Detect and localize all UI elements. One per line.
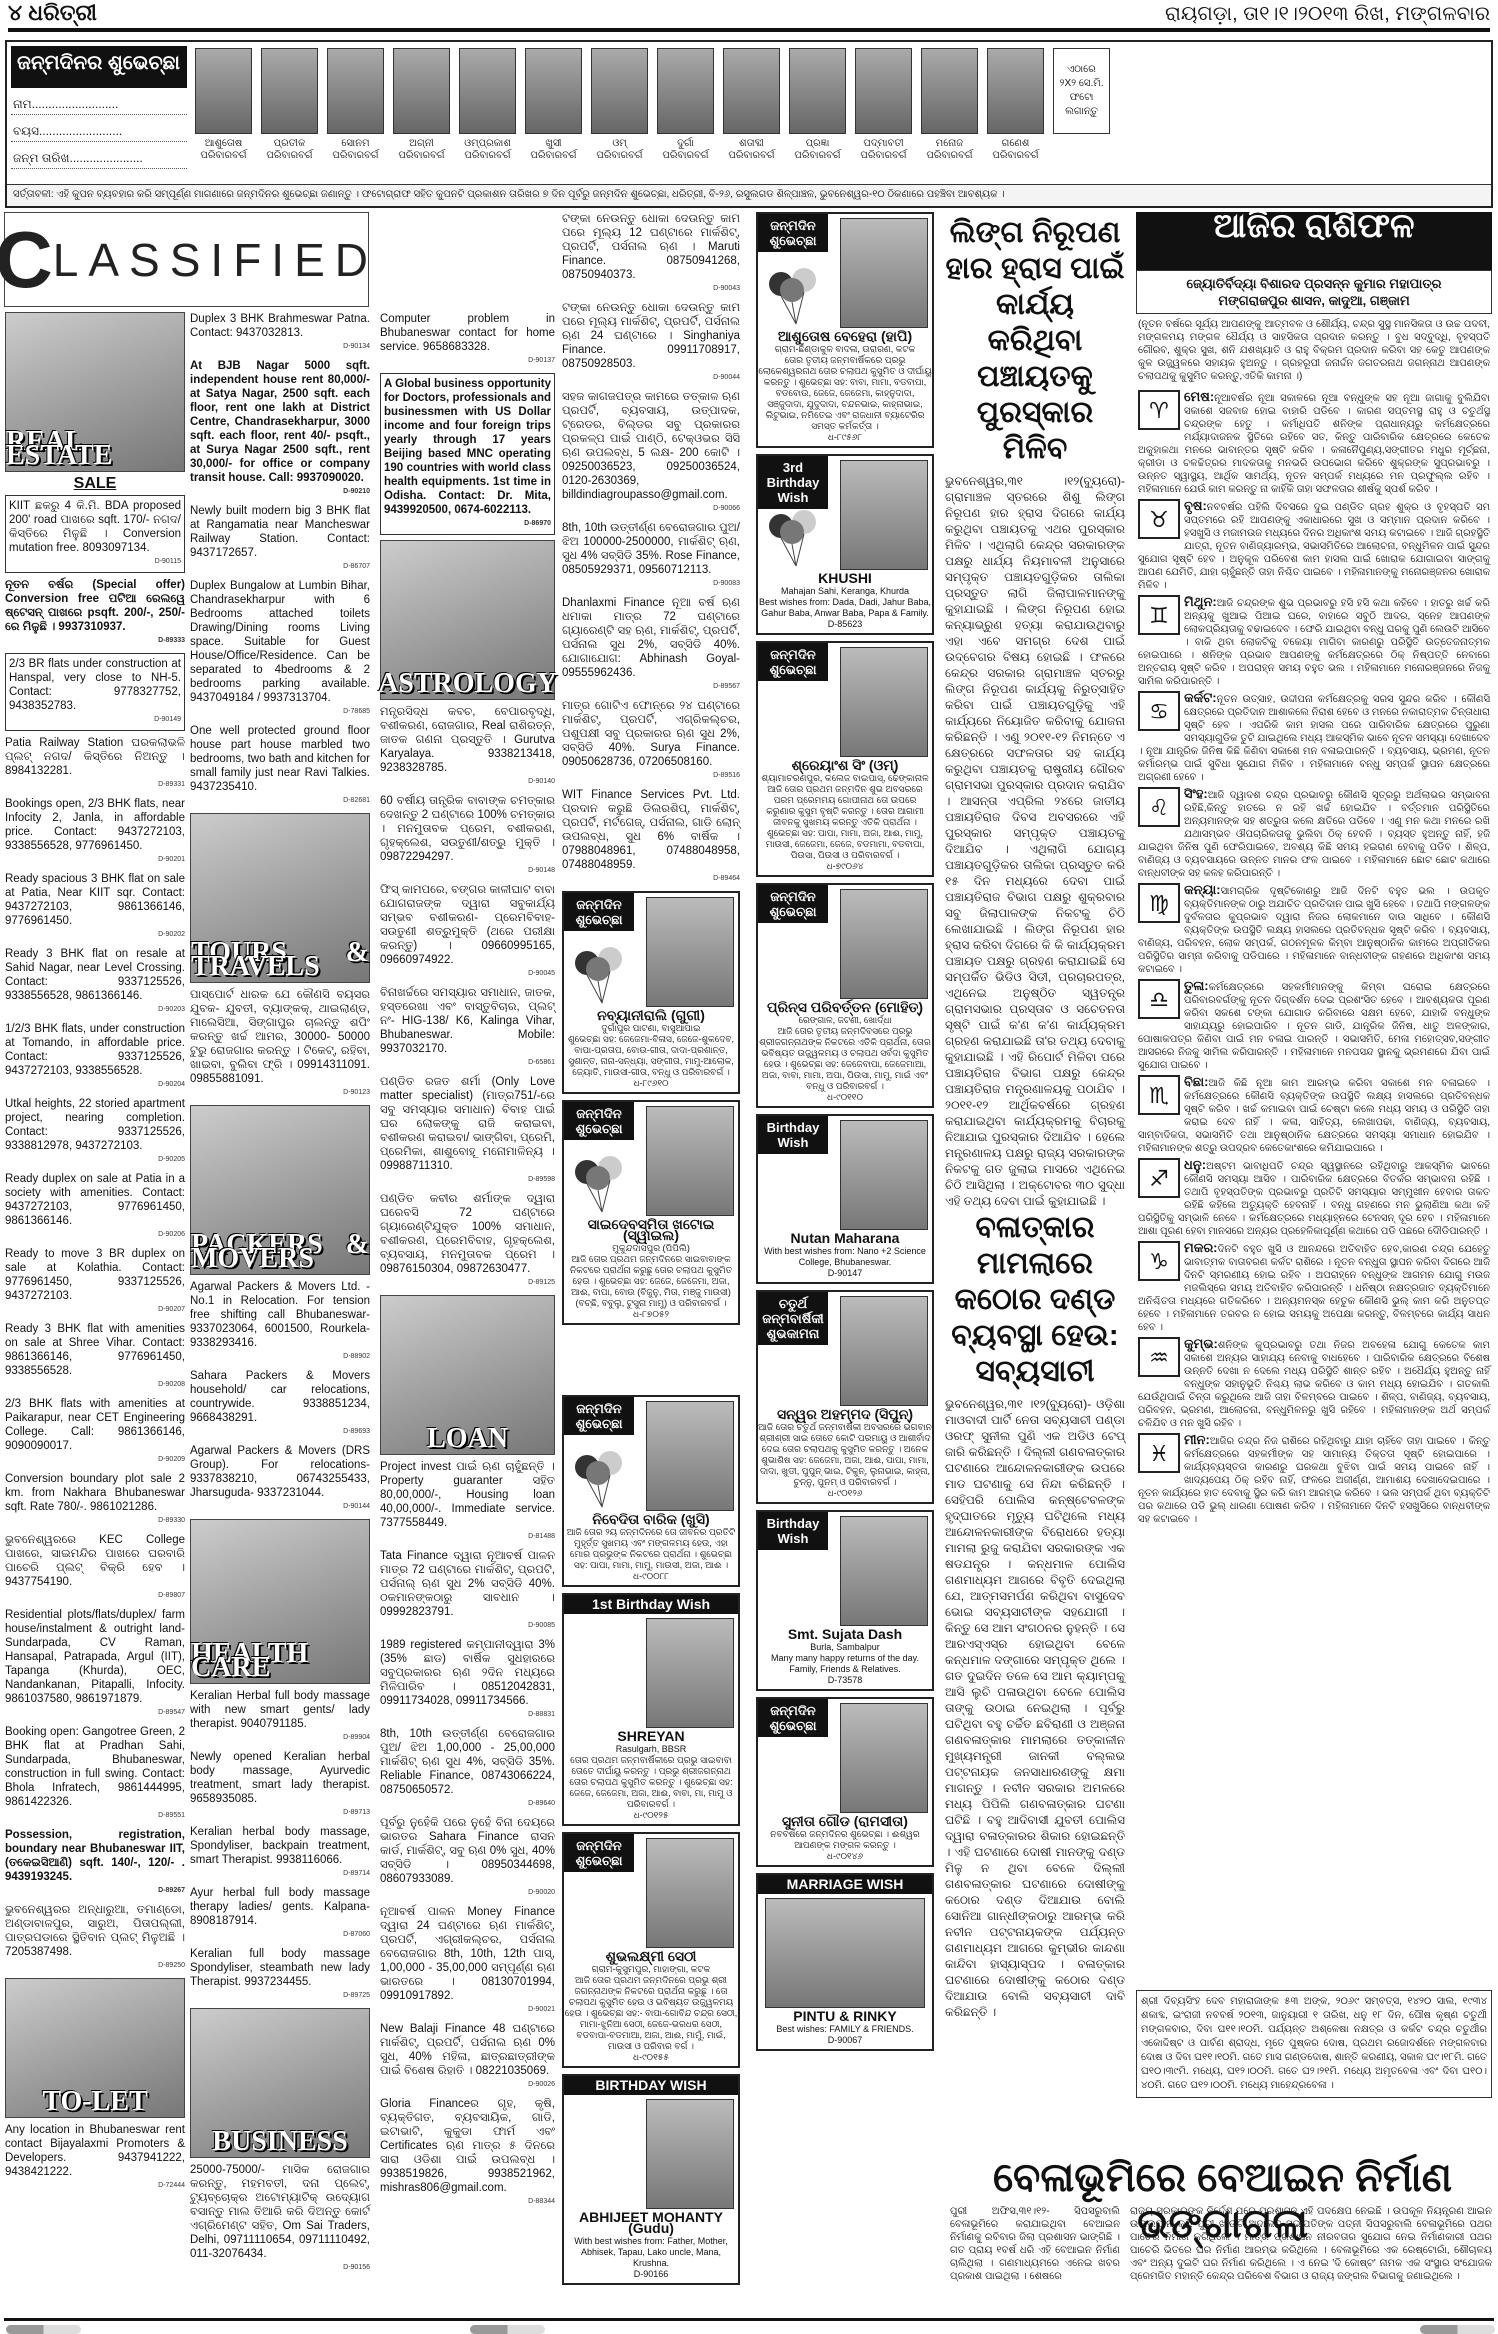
news-story-2: ବଳାତ୍କାର ମାମଲାରେ କଠୋର ଦଣ୍ଡ ବ୍ୟବସ୍ଥା ହେଉ:… (945, 1210, 1125, 2020)
kid-photo-card: ସୋନମପରିବାରବର୍ଗ (327, 48, 384, 162)
sign-mithuna: ♊ମିଥୁନ:ଆଜି ଚନ୍ଦ୍ରଙ୍କ ଶୁଭ ପ୍ରଭାବରୁ ହସି ହସ… (1136, 595, 1492, 688)
wish-photo (840, 1296, 928, 1406)
classified-ad: Project invest ପାଇଁ ଋଣ ଚାହୁଁଛନ୍ତି । Prop… (380, 1460, 555, 1544)
wish-col-b: ଜନ୍ମଦିନ ଶୁଭେଚ୍ଛାଆଶୁତୋଷ ବେହେରା (ହାପି)ଗ୍ରା… (756, 212, 934, 2057)
wish-photo (646, 1401, 734, 1511)
marriage-wish-card: MARRIAGE WISHPINTU & RINKYBest wishes: F… (756, 1873, 934, 2051)
classified-ad: Dhanlaxmi Finance ନୂଆ ବର୍ଷ ଋଣ ଧମାକା ମାତ୍… (562, 596, 740, 694)
cancer-icon: ♋ (1138, 691, 1180, 731)
birthday-wish-card: ଜନ୍ମଦିନ ଶୁଭେଚ୍ଛାଶୁଭଲକ୍ଷ୍ମୀ ସେଠୀଗ୍ରାମ-କୁସ… (562, 1832, 740, 2068)
birthday-wish-card: ଜନ୍ମଦିନ ଶୁଭେଚ୍ଛାସାଇଦେବସ୍ମିତା ଖଟୋଇ (ସ୍ୱାଇ… (562, 1100, 740, 1325)
wish-photo (840, 1703, 928, 1813)
kid-photo (327, 48, 384, 134)
classified-ad: ପଣ୍ଡିତ ରଜତ ଶର୍ମା (Only Love matter speci… (380, 1075, 555, 1187)
classified-ad: ବିନାଖର୍ଚ୍ଚରେ ସମସ୍ୟାର ସମାଧାନ, ଜାତକ, ହସ୍ତର… (380, 986, 555, 1070)
classified-ad: Utkal heights, 22 storied apartment proj… (5, 1097, 185, 1167)
scorpio-icon: ♏ (1138, 1075, 1180, 1115)
birthday-wish-card: ଜନ୍ମଦିନ ଶୁଭେଚ୍ଛାନିବେଦିତା ବାରିକ (ଖୁସି)ଆଜି… (562, 1395, 740, 1587)
sign-meena: ♓ମୀନ:ଆଜିର ଚନ୍ଦ୍ର ନିଜ ରାଶିରେ ରହିଥିବାରୁ ଯା… (1136, 1433, 1492, 1526)
kid-photo (195, 48, 252, 134)
classified-ad: ଫିସ୍ କାମପରେ, ବଙ୍ଗର କାଳୀଘାଟ ବାବା ଯୋଗରାଜଙ୍… (380, 883, 555, 981)
class-col-3: Computer problem in Bhubaneswar contact … (380, 312, 555, 2214)
sagittarius-icon: ♐ (1138, 1158, 1180, 1198)
business-banner: BUSINESS (190, 2008, 370, 2158)
sale-heading: SALE (5, 477, 185, 491)
sign-simha: ♌ସିଂହ:ଆଜି ଦ୍ୱାଦଶ ଚନ୍ଦ୍ର ପ୍ରଭାବରୁ କୌଣସି ସ… (1136, 787, 1492, 880)
classified-ad: 60 ବର୍ଷୀୟ ତାନ୍ତ୍ରିକ ବାବାଙ୍କ ଚମତ୍କାର ଦେଖନ… (380, 794, 555, 878)
page-tab-right (1420, 2325, 1495, 2334)
classified-ad: 8th, 10th ଉତ୍ତୀର୍ଣ୍ଣ ବେରୋଜଗାର ପୁଅ/ ଝିଅ 1… (380, 1727, 555, 1811)
coupon-conditions: ସର୍ତ୍ତାବଳୀ: ଏହି କୁପନ ବ୍ୟବହାର କରି ସମ୍ପୂର୍… (7, 184, 1491, 206)
classified-ad: ଭୁବନେଶ୍ୱରର ଅନ୍ଧାରୁଆ, ତମାଣ୍ଡୋ, ଅଣ୍ଡାବାଳପୁ… (5, 1903, 185, 1973)
classified-ad: ପାସ୍‌ପୋର୍ଟ ଧାରକ ଯେ କୌଣସି ବୟସର ଯୁବକ- ଯୁବତ… (190, 988, 370, 1100)
classified-ad: ପୂର୍ବରୁ ନୁହେଁକି ପରେ ନୁହେଁ ବିନା ଦେୟରେ ଭାର… (380, 1816, 555, 1900)
classified-ad: 1989 registered କମ୍ପାନୀଦ୍ୱାରା 3% (35% ଛା… (380, 1638, 555, 1722)
wish-photo (840, 218, 928, 328)
virgo-icon: ♍ (1138, 883, 1180, 923)
classified-ad: WIT Finance Services Pvt. Ltd. ପ୍ରଦାନ କର… (562, 788, 740, 886)
aquarius-icon: ♒ (1138, 1337, 1180, 1377)
classified-ad: Keralian full body massage Spondyliser, … (190, 1947, 370, 2003)
birthday-wish-card: 1st Birthday WishSHREYANRasulgarh, BBSRତ… (562, 1593, 740, 1826)
birthday-wish-card: 3rd Birthday WishKHUSHIMahajan Sahi, Ker… (756, 454, 934, 635)
birthday-wish-card: BIRTHDAY WISHABHIJEET MOHANTY (Gudu)With… (562, 2074, 740, 2285)
class-col-4: ଟଙ୍କା ନେଉନ୍ତୁ ଧୋକା ଦେଉନ୍ତୁ କାମ ପରେ ମୂଲ୍ୟ… (562, 212, 740, 1331)
story-3-left: ପୁରୀ ଅଫିସ,୩୧।୧୨- ସିପସରୁବାଲି ବେଳାଭୂମିରେ କ… (950, 2205, 1120, 2283)
classified-ad: Booking open: Gangotree Green, 2 BHK fla… (5, 1725, 185, 1823)
balloons-icon (766, 266, 826, 326)
story-body: ଭୁବନେଶ୍ୱର,୩୧ ।୧୨(ବ୍ୟୁରୋ)- ଗ୍ରାମାଞ୍ଚଳ ସ୍ତ… (945, 473, 1125, 1209)
kids-photo-row: ଆଶୁତୋଷପରିବାରବର୍ଗ ପ୍ରତୀକପରିବାରବର୍ଗ ସୋନମପର… (195, 48, 1487, 162)
wish-photo (646, 897, 734, 1007)
wish-photo (765, 1898, 925, 2008)
kid-photo-card: ପ୍ରଜ୍ଞାପରିବାରବର୍ଗ (789, 48, 846, 162)
birthday-wish-card: ଜନ୍ମଦିନ ଶୁଭେଚ୍ଛାନବ୍ୟାନୀରାଲି (ଗୁଗୀ)ଦୁର୍ଗା… (562, 891, 740, 1094)
bottom-rule (4, 2318, 1494, 2321)
classified-ad: Agarwal Packers & Movers Ltd. - No.1 in … (190, 1280, 370, 1364)
classified-ad: 2/3 BHK flats with amenities at Paikarap… (5, 1397, 185, 1467)
classified-ad: A Global business opportunity for Doctor… (380, 373, 555, 535)
kid-photo (261, 48, 318, 134)
sign-kumbha: ♒କୁମ୍ଭ:ଶନିଙ୍କ କୁପ୍ରଭାବରୁ ତଥା ନିଜର ଅବହେଳା… (1136, 1337, 1492, 1430)
kid-photo-card: ଦୁର୍ଗାପରିବାରବର୍ଗ (657, 48, 714, 162)
classified-ad: ମନ୍ତ୍ରସିଦ୍ଧ କବଚ, ବେପାରବୃଦ୍ଧି, ବଶୀକରଣ, ରୋ… (380, 705, 555, 789)
birthday-coupon-strip: ଜନ୍ମଦିନର ଶୁଭେଚ୍ଛା ନାମ...................… (5, 40, 1493, 208)
name-field[interactable]: ନାମ.......................... (11, 88, 187, 115)
astrology-banner: ASTROLOGY (380, 540, 555, 700)
libra-icon: ♎ (1138, 979, 1180, 1019)
kid-photo-card: ଶତାବ୍ଦୀପରିବାରବର୍ଗ (723, 48, 780, 162)
classified-ad: Keralian Herbal full body massage with n… (190, 1689, 370, 1745)
kid-photo-card: ଗଣେଶପରିବାରବର୍ଗ (987, 48, 1044, 162)
classified-ad: Ready duplex on sale at Patia in a socie… (5, 1172, 185, 1242)
kid-photo (987, 48, 1044, 134)
classified-ad: ସହଜ କାଗଜପତ୍ର କାମରେ ତତ୍କାଳ ଋଣ ପ୍ରପର୍ଟି, ବ… (562, 390, 740, 516)
classified-ad: ଟଙ୍କା ନେଉନ୍ତୁ ଧୋକା ଦେଉନ୍ତୁ କାମ ପରେ ମୂଲ୍ୟ… (562, 212, 740, 296)
story-3-right: ରାଜ୍ୟ ସରକାରଙ୍କ ନିର୍ଦ୍ଦେଶ ପରେ ପ୍ରଶାସନ ଏହି… (1130, 2205, 1492, 2283)
classified-ad: Duplex Bungalow at Lumbin Bihar, Chandra… (190, 579, 370, 719)
astrologer-byline: ଜ୍ୟୋତିର୍ବିଦ୍ୟା ବିଶାରଦ ପ୍ରସନ୍ନ କୁମାର ମହାପ… (1136, 270, 1492, 314)
rashifal-title: ଆଜିର ରାଶିଫଳ (1136, 212, 1492, 270)
health-care-banner: HEALTH CARE (190, 1519, 370, 1684)
sign-vrisha: ♉ବୃଷ:ନବବର୍ଷର ପହିଲି ଦିବସରେ ଦୁଇ ପଣ୍ଡିତ ଗ୍ର… (1136, 499, 1492, 592)
classified-ad: Sahara Packers & Movers household/ car r… (190, 1369, 370, 1439)
classified-ad: 1/2/3 BHK flats, under construction at T… (5, 1022, 185, 1092)
wish-photo (646, 2099, 734, 2209)
sign-mesha: ♈ମେଷ:ନୂଆବର୍ଷର ନୂଆ ସକାଳରେ ନୂଆ ବନ୍ଧୁଙ୍କ ସହ… (1136, 390, 1492, 496)
classified-ad: 25000-75000/- ମାସିକ ରୋଜଗାର କରନ୍ତୁ, ମହମବତ… (190, 2163, 370, 2275)
kid-photo (657, 48, 714, 134)
kid-photo (855, 48, 912, 134)
classified-ad: Duplex 3 BHK Brahmeswar Patna. Contact: … (190, 312, 370, 354)
capricorn-icon: ♑ (1138, 1241, 1180, 1281)
wish-photo (840, 1120, 928, 1230)
sign-makara: ♑ମକର:ଦିନଟି ବହୁତ ଖୁସି ଓ ଆନନ୍ଦରେ ଅତିବାହିତ … (1136, 1241, 1492, 1334)
classified-ad: 8th, 10th ଉତ୍ତୀର୍ଣ୍ଣ ବେରୋଜଗାର ପୁଅ/ ଝିଅ 1… (562, 521, 740, 591)
dob-field[interactable]: ଜନ୍ମ ତାରିଖ...................... (11, 142, 187, 169)
kid-photo (393, 48, 450, 134)
page-tab-mid (470, 2325, 545, 2334)
classified-ad: ଟଙ୍କା ନେଉନ୍ତୁ ଧୋକା ଦେଉନ୍ତୁ କାମ ପରେ ମୂଲ୍ୟ… (562, 301, 740, 385)
birthday-wish-card: Birthday WishSmt. Sujata DashBurla, Samb… (756, 1510, 934, 1691)
classified-ad: ନୂତନ ବର୍ଷର (Special offer) Conversion fr… (5, 578, 185, 648)
classified-ad: One well protected ground floor house pa… (190, 724, 370, 808)
rashifal-section: ଆଜିର ରାଶିଫଳ ଜ୍ୟୋତିର୍ବିଦ୍ୟା ବିଶାରଦ ପ୍ରସନ୍… (1136, 212, 1492, 1529)
photo-placeholder-card: ଏଠାରେ ୨X୨ ସେ.ମି. ଫଟୋ ଲଗାନ୍ତୁ (1053, 48, 1110, 162)
kid-photo-card: ଅଗ୍ନୀପରିବାରବର୍ଗ (393, 48, 450, 162)
class-col-1: REAL ESTATE SALE KIIT ଛକରୁ 4 କି.ମି. BDA … (5, 312, 185, 2198)
taurus-icon: ♉ (1138, 499, 1180, 539)
wish-photo (840, 889, 928, 999)
balloons-icon (572, 1154, 632, 1214)
classified-ad: Agarwal Packers & Movers (DRS Group). Fo… (190, 1444, 370, 1514)
kid-photo (459, 48, 516, 134)
birthday-coupon-form: ଜନ୍ମଦିନର ଶୁଭେଚ୍ଛା ନାମ...................… (11, 46, 187, 169)
classified-ad: 2/3 BR flats under construction at Hansp… (5, 653, 185, 731)
photo-placeholder: ଏଠାରେ ୨X୨ ସେ.ମି. ଫଟୋ ଲଗାନ୍ତୁ (1053, 48, 1110, 134)
classified-ad: Conversion boundary plot sale 2 km. from… (5, 1472, 185, 1528)
classified-ad: Newly built modern big 3 BHK flat at Ran… (190, 504, 370, 574)
kid-photo-card: ଓମ୍‌ପ୍ରକାଶପରିବାରବର୍ଗ (459, 48, 516, 162)
kid-photo-card: ମନୋଜପରିବାରବର୍ଗ (921, 48, 978, 162)
classified-ad: Keralian herbal body massage, Spondylise… (190, 1825, 370, 1881)
birthday-wish-card: ଜନ୍ମଦିନ ଶୁଭେଚ୍ଛାଶ୍ରେୟାଂଶ ସିଂ (ଓମ୍)ଶ୍ୟାମା… (756, 641, 934, 877)
wish-photo (646, 1106, 734, 1216)
classified-ad: New Balaji Finance 48 ଘଣ୍ଟାରେ ମାର୍କଶିଟ୍,… (380, 2022, 555, 2092)
to-let-banner: TO-LET (5, 1978, 185, 2118)
balloons-icon (766, 508, 826, 568)
tours-banner: TOURS & TRAVELS (190, 813, 370, 983)
classified-ad: Ready to move 3 BR duplex on sale at Kol… (5, 1247, 185, 1317)
classified-ad: Patia Railway Station ଘରକଲାଭଳି ପ୍ଲଟ୍ ନଗଦ… (5, 736, 185, 792)
coupon-title: ଜନ୍ମଦିନର ଶୁଭେଚ୍ଛା (11, 46, 187, 88)
classified-ad: Any location in Bhubaneswar rent contact… (5, 2123, 185, 2193)
classified-ad: Bookings open, 2/3 BHK flats, near Infoc… (5, 797, 185, 867)
headline: ବଳାତ୍କାର ମାମଲାରେ କଠୋର ଦଣ୍ଡ ବ୍ୟବସ୍ଥା ହେଉ:… (945, 1210, 1125, 1390)
real-estate-banner: REAL ESTATE (5, 312, 185, 472)
classified-ad: KIIT ଛକରୁ 4 କି.ମି. BDA proposed 200' roa… (5, 495, 185, 573)
kid-photo (789, 48, 846, 134)
page-tab-left (6, 2325, 81, 2334)
pisces-icon: ♓ (1138, 1433, 1180, 1473)
birthday-wish-card: ଜନ୍ମଦିନ ଶୁଭେଚ୍ଛାସୁନୀତା ଗୌଡ (ରାମସୀତା)ନବବର… (756, 1697, 934, 1867)
classified-ad: Newly opened Keralian herbal body massag… (190, 1750, 370, 1820)
classified-logo: CLASSIFIED (4, 212, 369, 307)
classified-ad: ନୂଆବର୍ଷ ପାଳନ Money Finance ଦ୍ୱାରା 24 ଘଣ୍… (380, 1905, 555, 2017)
story-body: ଭୁବନେଶ୍ୱର,୩୧ ।୧୨(ବ୍ୟୁରୋ)- ଓଡ଼ିଶା ମାଓବାଦୀ… (945, 1396, 1125, 2020)
panjika-box: ଶ୍ରୀ ଦିବ୍ୟସିଂହ ଦେବ ମହାରାଜାଙ୍କ ୫୩ ଅଙ୍କ, ୨… (1136, 1990, 1492, 2098)
kid-photo-card: ଓମ୍ପରିବାରବର୍ଗ (591, 48, 648, 162)
balloons-icon (572, 945, 632, 1005)
classified-ad: Gloria Financeର ଗୃହ, କୃଷି, ବ୍ୟକ୍ତିଗତ, ବ୍… (380, 2097, 555, 2209)
wish-photo (646, 1618, 734, 1728)
classified-ad: At BJB Nagar 5000 sqft. independent hous… (190, 359, 370, 499)
birthday-wish-card: ଜନ୍ମଦିନ ଶୁଭେଚ୍ଛାପ୍ରିନ୍ସ ପରିବର୍ତ୍ତନ (ମୋହି… (756, 883, 934, 1108)
classified-ad: Ayur herbal full body massage therapy la… (190, 1886, 370, 1942)
classified-ad: Ready spacious 3 BHK flat on sale at Pat… (5, 872, 185, 942)
sign-kanya: ♍କନ୍ୟା:ସାମଗ୍ରିକ ଦୃଷ୍ଟିକୋଣରୁ ଆଜି ଦିନଟି ବହ… (1136, 883, 1492, 976)
kid-photo-card: ପ୍ରତୀକପରିବାରବର୍ଗ (261, 48, 318, 162)
headline: ଲିଙ୍ଗ ନିରୂପଣ ହାର ହ୍ରାସ ପାଇଁ କାର୍ଯ୍ୟ କରିଥ… (945, 215, 1125, 467)
kid-photo-card: ପଦ୍ମାବତୀପରିବାରବର୍ଗ (855, 48, 912, 162)
loan-banner: LOAN (380, 1295, 555, 1455)
wish-photo (646, 1838, 734, 1948)
birthday-wish-card: Birthday WishNutan MaharanaWith best wis… (756, 1114, 934, 1284)
packers-banner: PACKERS & MOVERS (190, 1105, 370, 1275)
wish-photo (840, 647, 928, 757)
masthead: ୪ ଧରିତ୍ରୀ ରାୟଗଡ଼ା, ତା୧।୧।୨୦୧୩ ରିଖ, ମଙ୍ଗଳ… (8, 4, 1490, 32)
kid-photo (591, 48, 648, 134)
wish-col-a-lower: ଜନ୍ମଦିନ ଶୁଭେଚ୍ଛାନିବେଦିତା ବାରିକ (ଖୁସି)ଆଜି… (562, 1395, 740, 2291)
dateline: ରାୟଗଡ଼ା, ତା୧।୧।୨୦୧୩ ରିଖ, ମଙ୍ଗଳବାର (1165, 3, 1490, 26)
kid-photo-card: ଖୁସୀପରିବାରବର୍ଗ (525, 48, 582, 162)
classified-ad: Residential plots/flats/duplex/ farm hou… (5, 1608, 185, 1720)
kid-photo-card: ଆଶୁତୋଷପରିବାରବର୍ଗ (195, 48, 252, 162)
class-col-2: Duplex 3 BHK Brahmeswar Patna. Contact: … (190, 312, 370, 2280)
birthday-wish-card: ଚତୁର୍ଥ ଜନ୍ମବାର୍ଷିକୀ ଶୁଭକାମନାସନ୍‌ୱର ଅହମ୍ମ… (756, 1290, 934, 1504)
aries-icon: ♈ (1138, 390, 1180, 430)
classified-ad: Ready 3 BHK flat with amenities on sale … (5, 1322, 185, 1392)
page-number: ୪ ଧରିତ୍ରୀ (8, 0, 97, 26)
balloons-icon (572, 1449, 632, 1509)
classified-ad: Possession, registration, boundary near … (5, 1828, 185, 1898)
gemini-icon: ♊ (1138, 595, 1180, 635)
sign-karkata: ♋କର୍କଟ:ନୂତନ ଉତ୍ସାହ, ଉଦ୍ଦୀପନା କର୍ମକ୍ଷେତ୍ର… (1136, 691, 1492, 784)
kid-photo (525, 48, 582, 134)
classified-ad: ପଣ୍ଡିତ କବୀର ଶର୍ମାଙ୍କ ଦ୍ୱାରା ଘରେବସି 72 ଘଣ… (380, 1192, 555, 1290)
sign-dhanu: ♐ଧନୁ:ଅଷ୍ଟମ ଭାବାଧିପତି ଚନ୍ଦ୍ର ସ୍ୱସ୍ଥାନରେ ର… (1136, 1158, 1492, 1238)
leo-icon: ♌ (1138, 787, 1180, 827)
news-story-1: ଲିଙ୍ଗ ନିରୂପଣ ହାର ହ୍ରାସ ପାଇଁ କାର୍ଯ୍ୟ କରିଥ… (945, 215, 1125, 1209)
kid-photo (723, 48, 780, 134)
classified-ad: Ready 3 BHK flat on resale at Sahid Naga… (5, 947, 185, 1017)
wish-photo (840, 1516, 928, 1626)
classified-ad: ମାତ୍ର ଗୋଟିଏ ଫୋନ୍‌ରେ ୨୪ ଘଣ୍ଟାରେ ମାର୍କଶିଟ୍… (562, 699, 740, 783)
sign-bichha: ♏ବିଛା:ଆଜି କିଛି ନୂଆ କାମ ଆରମ୍ଭ କରିବା ସକାଶେ… (1136, 1075, 1492, 1155)
birthday-wish-card: ଜନ୍ମଦିନ ଶୁଭେଚ୍ଛାଆଶୁତୋଷ ବେହେରା (ହାପି)ଗ୍ରା… (756, 212, 934, 448)
kid-photo (921, 48, 978, 134)
classified-ad: ଭୁବନେଶ୍ୱରରେ KEC College ପାଖରେ, ସାଇମନ୍ଦିର… (5, 1533, 185, 1603)
rashifal-intro: (ନୂତନ ବର୍ଷରେ ସୂର୍ଯ୍ୟ ଆପଣଙ୍କୁ ଆତ୍ମବଳ ଓ ଶୌ… (1136, 314, 1492, 387)
classified-ad: Tata Finance ଦ୍ୱାରା ନୂଆବର୍ଷ ପାଳନ ମାତ୍ର 7… (380, 1549, 555, 1633)
sign-tula: ♎ତୁଳା:କର୍ମକ୍ଷେତ୍ରରେ ସହକର୍ମୀମାନଙ୍କୁ କିମ୍ବ… (1136, 979, 1492, 1072)
age-field[interactable]: ବୟସ......................... (11, 115, 187, 142)
wish-photo (840, 460, 928, 570)
classified-ad: Computer problem in Bhubaneswar contact … (380, 312, 555, 368)
